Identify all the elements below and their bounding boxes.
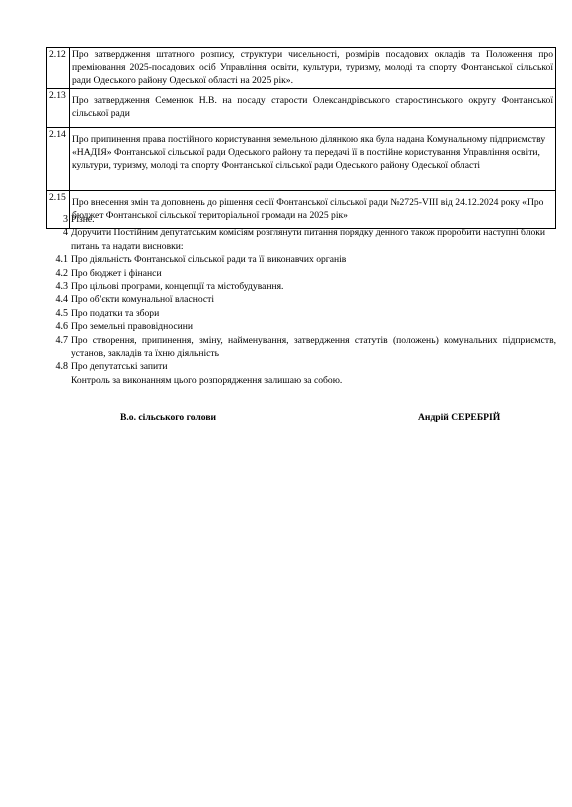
table-row: 2.12 Про затвердження штатного розпису, … [47,48,556,89]
list-item: 4.3 Про цільові програми, концепції та м… [46,280,556,293]
list-item: 4.4 Про об'єкти комунальної власності [46,293,556,306]
row-number: 2.12 [47,48,70,89]
table-row: 2.14 Про припинення права постійного кор… [47,128,556,191]
row-number: 2.14 [47,128,70,191]
item-number: 4.8 [46,360,71,373]
signature-name: Андрій СЕРЕБРІЙ [418,412,500,423]
numbered-list: 3 Різне. 4 Доручити Постійним депутатськ… [46,213,556,387]
row-text: Про затвердження штатного розпису, струк… [70,48,556,89]
item-number: 4.2 [46,267,71,280]
list-item: 4 Доручити Постійним депутатським комісі… [46,226,556,253]
list-item: 4.2 Про бюджет і фінанси [46,267,556,280]
item-text: Про діяльність Фонтанської сільської рад… [71,253,556,266]
table-row: 2.13 Про затвердження Семенюк Н.В. на по… [47,89,556,128]
row-number: 2.13 [47,89,70,128]
list-item: 3 Різне. [46,213,556,226]
document-page: 2.12 Про затвердження штатного розпису, … [0,0,572,807]
item-number: 4.3 [46,280,71,293]
list-item: 4.1 Про діяльність Фонтанської сільської… [46,253,556,266]
item-text: Про бюджет і фінанси [71,267,556,280]
list-item: 4.5 Про податки та збори [46,307,556,320]
item-text: Про об'єкти комунальної власності [71,293,556,306]
item-text: Різне. [71,213,556,226]
item-number: 4.1 [46,253,71,266]
signature-position: В.о. сільського голови [120,412,216,423]
agenda-table: 2.12 Про затвердження штатного розпису, … [46,47,556,229]
list-item: 4.7 Про створення, припинення, зміну, на… [46,334,556,361]
item-text: Про створення, припинення, зміну, наймен… [71,334,556,361]
row-text: Про затвердження Семенюк Н.В. на посаду … [70,89,556,128]
control-statement: Контроль за виконанням цього розпоряджен… [71,374,556,387]
item-number: 4.7 [46,334,71,361]
list-item: 4.8 Про депутатські запити [46,360,556,373]
row-text: Про припинення права постійного користув… [70,128,556,191]
item-text: Про депутатські запити [71,360,556,373]
item-number: 3 [46,213,71,226]
item-number: 4 [46,226,71,253]
item-text: Про земельні правовідносини [71,320,556,333]
item-number: 4.6 [46,320,71,333]
item-text: Про податки та збори [71,307,556,320]
item-number: 4.5 [46,307,71,320]
item-text: Про цільові програми, концепції та місто… [71,280,556,293]
item-text: Доручити Постійним депутатським комісіям… [71,226,556,253]
item-number: 4.4 [46,293,71,306]
list-item: 4.6 Про земельні правовідносини [46,320,556,333]
